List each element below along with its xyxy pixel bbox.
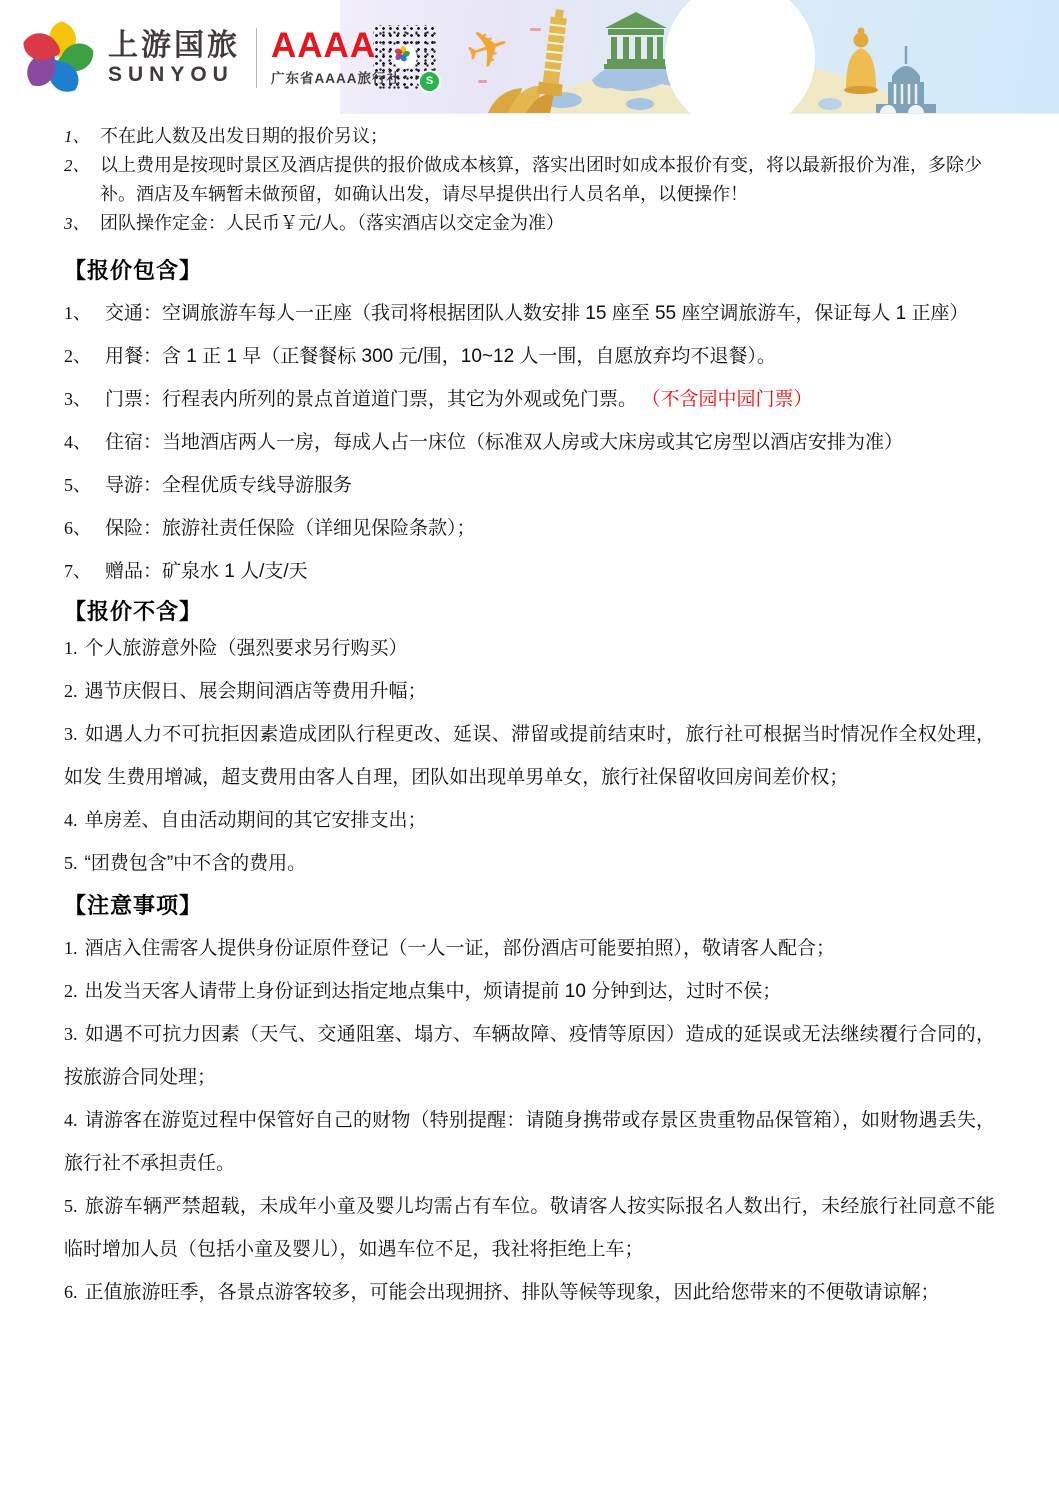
item-number: 6、 (64, 518, 91, 538)
brand-name-en: SUNYOU (108, 63, 240, 87)
item-text: 门票：行程表内所列的景点首道道门票，其它为外观或免门票。 (105, 389, 637, 410)
list-item: 3、团队操作定金：人民币￥元/人。（落实酒店以交定金为准） (64, 209, 995, 238)
item-text: 遇节庆假日、展会期间酒店等费用升幅； (85, 681, 427, 702)
item-text: 如遇不可抗力因素（天气、交通阻塞、塌方、车辆故障、疫情等原因）造成的延误或无法继… (64, 1024, 995, 1088)
item-number: 2、 (64, 151, 100, 180)
section-title-included: 【报价包含】 (64, 256, 995, 286)
list-item: 3、门票：行程表内所列的景点首道道门票，其它为外观或免门票。（不含园中园门票） (64, 378, 995, 421)
item-number: 5. (64, 1196, 78, 1216)
item-number: 2. (64, 981, 78, 1001)
item-number: 5、 (64, 475, 91, 495)
item-number: 7、 (64, 561, 91, 581)
item-number: 3. (64, 724, 78, 744)
list-item: 1.酒店入住需客人提供身份证原件登记（一人一证，部份酒店可能要拍照），敬请客人配… (64, 927, 995, 970)
qr-channel-icon: S (418, 70, 441, 93)
list-item: 1、不在此人数及出发日期的报价另议； (64, 122, 995, 151)
item-number: 2、 (64, 346, 91, 366)
item-text: 以上费用是按现时景区及酒店提供的报价做成本核算，落实出团时如成本报价有变，将以最… (100, 155, 982, 204)
item-number: 1、 (64, 122, 100, 151)
list-item: 5、导游：全程优质专线导游服务 (64, 464, 995, 507)
item-text: 请游客在游览过程中保管好自己的财物（特别提醒：请随身携带或存景区贵重物品保管箱）… (64, 1110, 995, 1174)
item-number: 2. (64, 681, 78, 701)
page: { "header": { "brand_cn": "上游国旅", "brand… (0, 0, 1059, 1497)
rating-badge: AAAA (271, 28, 401, 64)
item-text: 保险：旅游社责任保险（详细见保险条款）； (105, 518, 476, 539)
section-title-notes: 【注意事项】 (64, 891, 995, 921)
list-item: 2、用餐：含 1 正 1 早（正餐餐标 300 元/围，10~12 人一围，自愿… (64, 335, 995, 378)
item-number: 3. (64, 1024, 78, 1044)
item-text: 导游：全程优质专线导游服务 (105, 475, 352, 496)
highlight-text: （不含园中园门票） (651, 389, 813, 410)
travel-banner: ✈ S (340, 0, 1059, 114)
item-text: 旅游车辆严禁超载，未成年小童及婴儿均需占有车位。敬请客人按实际报名人数出行，未经… (64, 1196, 995, 1260)
item-text: 单房差、自由活动期间的其它安排支出； (85, 810, 427, 831)
item-number: 1、 (64, 303, 91, 323)
section-notes: 1.酒店入住需客人提供身份证原件登记（一人一证，部份酒店可能要拍照），敬请客人配… (64, 927, 995, 1314)
document-body: 1、不在此人数及出发日期的报价另议； 2、以上费用是按现时景区及酒店提供的报价做… (0, 115, 1059, 1354)
item-text: 酒店入住需客人提供身份证原件登记（一人一证，部份酒店可能要拍照），敬请客人配合； (85, 938, 836, 959)
rating-caption: 广东省AAAA旅行社 (271, 67, 401, 87)
airplane-icon: ✈ (458, 14, 541, 85)
item-text: 用餐：含 1 正 1 早（正餐餐标 300 元/围，10~12 人一围，自愿放弃… (105, 346, 776, 367)
item-text: 住宿：当地酒店两人一房，每成人占一床位（标准双人房或大床房或其它房型以酒店安排为… (105, 432, 903, 453)
list-item: 1、交通：空调旅游车每人一正座（我司将根据团队人数安排 15 座至 55 座空调… (64, 292, 995, 335)
list-item: 6、保险：旅游社责任保险（详细见保险条款）； (64, 507, 995, 550)
list-item: 3.如遇不可抗力因素（天气、交通阻塞、塌方、车辆故障、疫情等原因）造成的延误或无… (64, 1013, 995, 1099)
parthenon-icon (604, 12, 668, 69)
list-item: 6.正值旅游旺季，各景点游客较多，可能会出现拥挤、排队等候等现象，因此给您带来的… (64, 1271, 995, 1314)
item-number: 1. (64, 938, 78, 958)
list-item: 5.旅游车辆严禁超载，未成年小童及婴儿均需占有车位。敬请客人按实际报名人数出行，… (64, 1185, 995, 1271)
section-title-excluded: 【报价不含】 (64, 597, 995, 627)
item-text: 个人旅游意外险（强烈要求另行购买） (85, 638, 408, 659)
item-text: “团费包含”中不含的费用。 (85, 853, 307, 874)
section-included: 1、交通：空调旅游车每人一正座（我司将根据团队人数安排 15 座至 55 座空调… (64, 292, 995, 593)
item-number: 3、 (64, 209, 100, 238)
item-text: 赠品：矿泉水 1 人/支/天 (105, 561, 308, 582)
qr-circle (665, 0, 815, 115)
item-number: 6. (64, 1282, 78, 1302)
list-item: 1.个人旅游意外险（强烈要求另行购买） (64, 627, 995, 670)
list-item: 4.单房差、自由活动期间的其它安排支出； (64, 799, 995, 842)
brand-name-cn: 上游国旅 (108, 29, 240, 63)
item-text: 团队操作定金：人民币￥元/人。（落实酒店以交定金为准） (100, 213, 564, 233)
list-item: 2.出发当天客人请带上身份证到达指定地点集中，烦请提前 10 分钟到达，过时不侯… (64, 970, 995, 1013)
item-number: 4. (64, 1110, 78, 1130)
section-excluded: 1.个人旅游意外险（强烈要求另行购买） 2.遇节庆假日、展会期间酒店等费用升幅；… (64, 627, 995, 885)
item-text: 正值旅游旺季，各景点游客较多，可能会出现拥挤、排队等候等现象，因此给您带来的不便… (85, 1282, 940, 1303)
item-number: 5. (64, 853, 78, 873)
list-item: 5.“团费包含”中不含的费用。 (64, 842, 995, 885)
item-text: 不在此人数及出发日期的报价另议； (100, 126, 388, 146)
list-item: 7、赠品：矿泉水 1 人/支/天 (64, 550, 995, 593)
list-item: 3.如遇人力不可抗拒因素造成团队行程更改、延误、滞留或提前结束时，旅行社可根据当… (64, 713, 995, 799)
list-item: 2.遇节庆假日、展会期间酒店等费用升幅； (64, 670, 995, 713)
svg-text:✈: ✈ (458, 14, 518, 85)
brand-logo: 上游国旅 SUNYOU AAAA 广东省AAAA旅行社 (16, 0, 401, 115)
list-item: 2、以上费用是按现时景区及酒店提供的报价做成本核算，落实出团时如成本报价有变，将… (64, 151, 995, 209)
buddha-icon (844, 28, 878, 95)
logo-divider (256, 28, 257, 88)
list-item: 4、住宿：当地酒店两人一房，每成人占一床位（标准双人房或大床房或其它房型以酒店安… (64, 421, 995, 464)
intro-notes: 1、不在此人数及出发日期的报价另议； 2、以上费用是按现时景区及酒店提供的报价做… (64, 122, 995, 238)
item-number: 4. (64, 810, 78, 830)
item-number: 4、 (64, 432, 91, 452)
item-text: 交通：空调旅游车每人一正座（我司将根据团队人数安排 15 座至 55 座空调旅游… (105, 303, 969, 324)
item-number: 3、 (64, 389, 91, 409)
item-text: 如遇人力不可抗拒因素造成团队行程更改、延误、滞留或提前结束时，旅行社可根据当时情… (64, 724, 995, 788)
sunyou-pinwheel-icon (16, 17, 98, 99)
pisa-tower-icon (537, 8, 571, 96)
header: ✈ S (0, 0, 1059, 115)
item-number: 1. (64, 638, 78, 658)
list-item: 4.请游客在游览过程中保管好自己的财物（特别提醒：请随身携带或存景区贵重物品保管… (64, 1099, 995, 1185)
item-text: 出发当天客人请带上身份证到达指定地点集中，烦请提前 10 分钟到达，过时不侯； (85, 981, 782, 1002)
